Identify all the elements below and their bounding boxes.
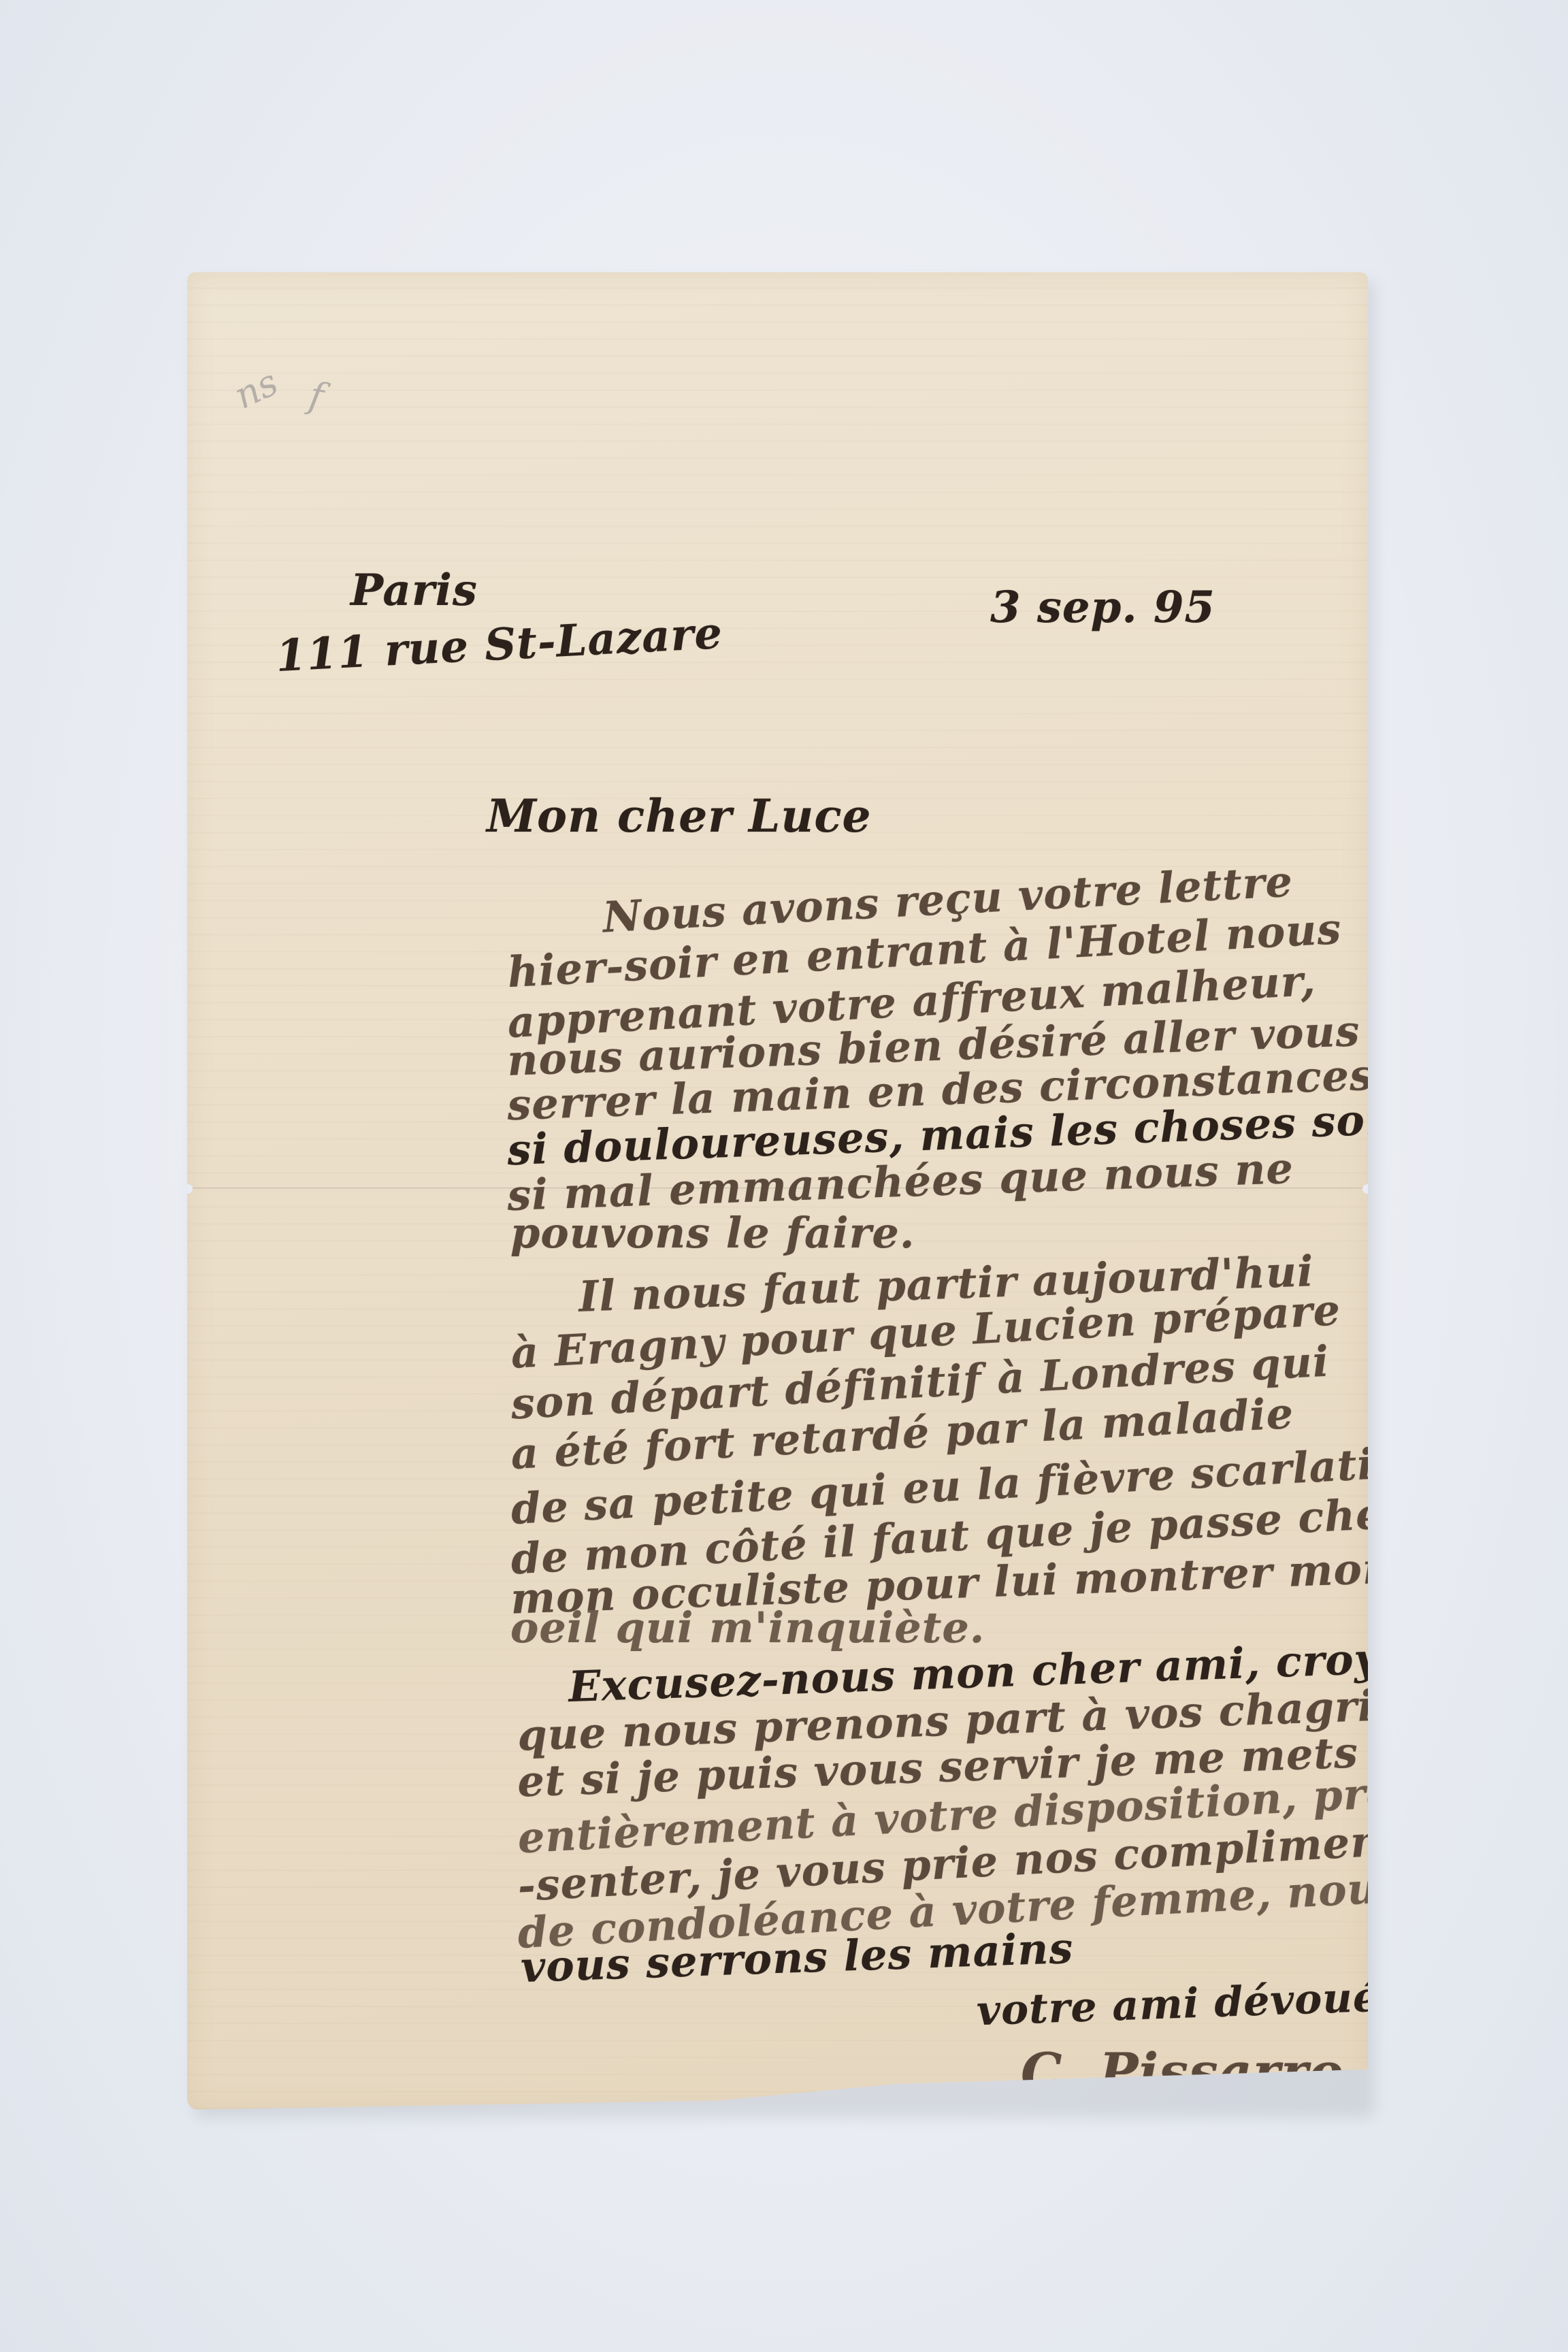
salutation: Mon cher Luce	[487, 789, 872, 843]
header-place: Paris	[350, 565, 478, 616]
header-date: 3 sep. 95	[990, 582, 1215, 633]
header-address: 111 rue St-Lazare	[274, 608, 723, 682]
body-line: pouvons le faire.	[510, 1208, 915, 1258]
letter-paper: ns f Paris 111 rue St-Lazare 3 sep. 95 M…	[187, 272, 1368, 2110]
pencil-mark: ns	[228, 361, 284, 418]
closing: votre ami dévoué	[976, 1974, 1380, 2036]
pencil-mark: f	[306, 374, 327, 419]
body-line: oeil qui m'inquiète.	[510, 1603, 985, 1652]
fold-tear-left	[186, 1184, 193, 1194]
